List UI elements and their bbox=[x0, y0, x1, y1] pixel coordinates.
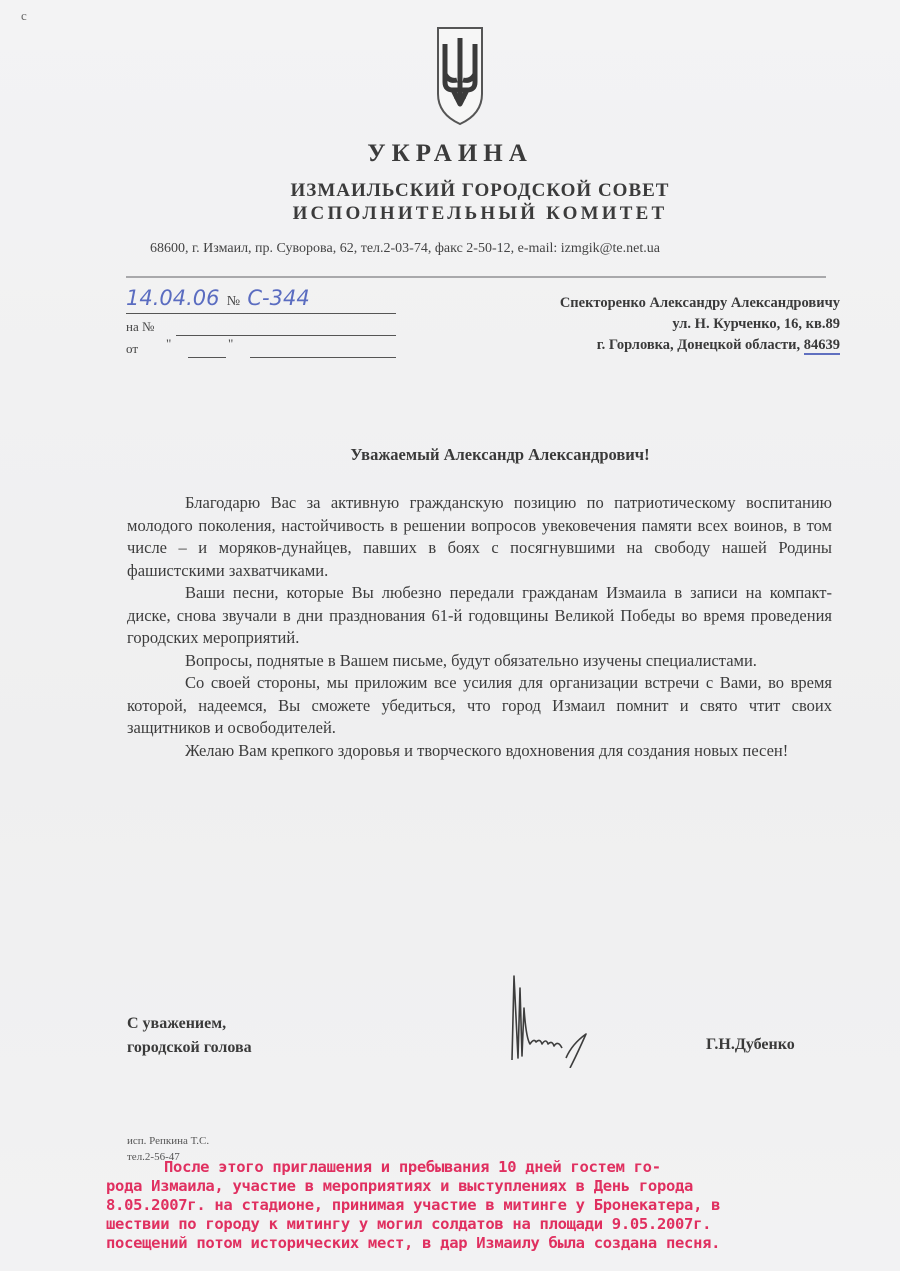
reply-to-label: на № bbox=[126, 319, 154, 335]
closing-phrase: С уважением, bbox=[127, 1012, 252, 1036]
addressee-zip: 84639 bbox=[804, 337, 840, 355]
note-line: посещений потом исторических мест, в дар… bbox=[106, 1234, 896, 1253]
reply-to-line bbox=[176, 335, 396, 336]
paragraph: Ваши песни, которые Вы любезно передали … bbox=[127, 582, 832, 650]
country-title: УКРАИНА bbox=[0, 140, 900, 168]
date-underline bbox=[126, 313, 396, 314]
note-line: рода Измаила, участие в мероприятиях и в… bbox=[106, 1177, 896, 1196]
signer-name: Г.Н.Дубенко bbox=[706, 1036, 795, 1054]
from-date-line bbox=[250, 357, 396, 358]
handwritten-date: 14.04.06 bbox=[126, 286, 220, 310]
addressee-block: Спекторенко Александру Александровичу ул… bbox=[560, 293, 840, 356]
quote-close: " bbox=[228, 336, 233, 352]
note-line: После этого приглашения и пребывания 10 … bbox=[106, 1158, 896, 1177]
handwritten-number: С-344 bbox=[247, 286, 309, 310]
organization-contacts: 68600, г. Измаил, пр. Суворова, 62, тел.… bbox=[150, 241, 660, 257]
note-line: 8.05.2007г. на стадионе, принимая участи… bbox=[106, 1196, 896, 1215]
paragraph: Благодарю Вас за активную гражданскую по… bbox=[127, 492, 832, 582]
from-day-line bbox=[188, 357, 226, 358]
from-label: от bbox=[126, 341, 138, 357]
signature-icon bbox=[500, 968, 610, 1068]
executor-name: исп. Репкина Т.С. bbox=[127, 1133, 209, 1149]
closing-block: С уважением, городской голова bbox=[127, 1012, 252, 1060]
letter-greeting: Уважаемый Александр Александрович! bbox=[0, 445, 900, 465]
addressee-name: Спекторенко Александру Александровичу bbox=[560, 293, 840, 314]
letter-page: с УКРАИНА ИЗМАИЛЬСКИЙ ГОРОДСКОЙ СОВЕТ ИС… bbox=[0, 0, 900, 1271]
tryzub-coat-of-arms-icon bbox=[435, 24, 485, 128]
paragraph: Со своей стороны, мы приложим все усилия… bbox=[127, 672, 832, 740]
paragraph: Желаю Вам крепкого здоровья и творческог… bbox=[127, 740, 832, 763]
paragraph: Вопросы, поднятые в Вашем письме, будут … bbox=[127, 650, 832, 673]
quote-open: " bbox=[166, 336, 171, 352]
letter-body: Благодарю Вас за активную гражданскую по… bbox=[127, 492, 832, 762]
addressee-street: ул. Н. Курченко, 16, кв.89 bbox=[560, 314, 840, 335]
number-label: № bbox=[227, 294, 240, 309]
note-line: шествии по городу к митингу у могил солд… bbox=[106, 1215, 896, 1234]
organization-department: ИСПОЛНИТЕЛЬНЫЙ КОМИТЕТ bbox=[0, 203, 900, 225]
organization-name: ИЗМАИЛЬСКИЙ ГОРОДСКОЙ СОВЕТ bbox=[0, 180, 900, 202]
signer-title: городской голова bbox=[127, 1036, 252, 1060]
handwritten-note: После этого приглашения и пребывания 10 … bbox=[106, 1158, 896, 1253]
corner-mark: с bbox=[21, 8, 27, 24]
header-divider bbox=[126, 276, 826, 278]
addressee-city: г. Горловка, Донецкой области, bbox=[597, 337, 800, 353]
